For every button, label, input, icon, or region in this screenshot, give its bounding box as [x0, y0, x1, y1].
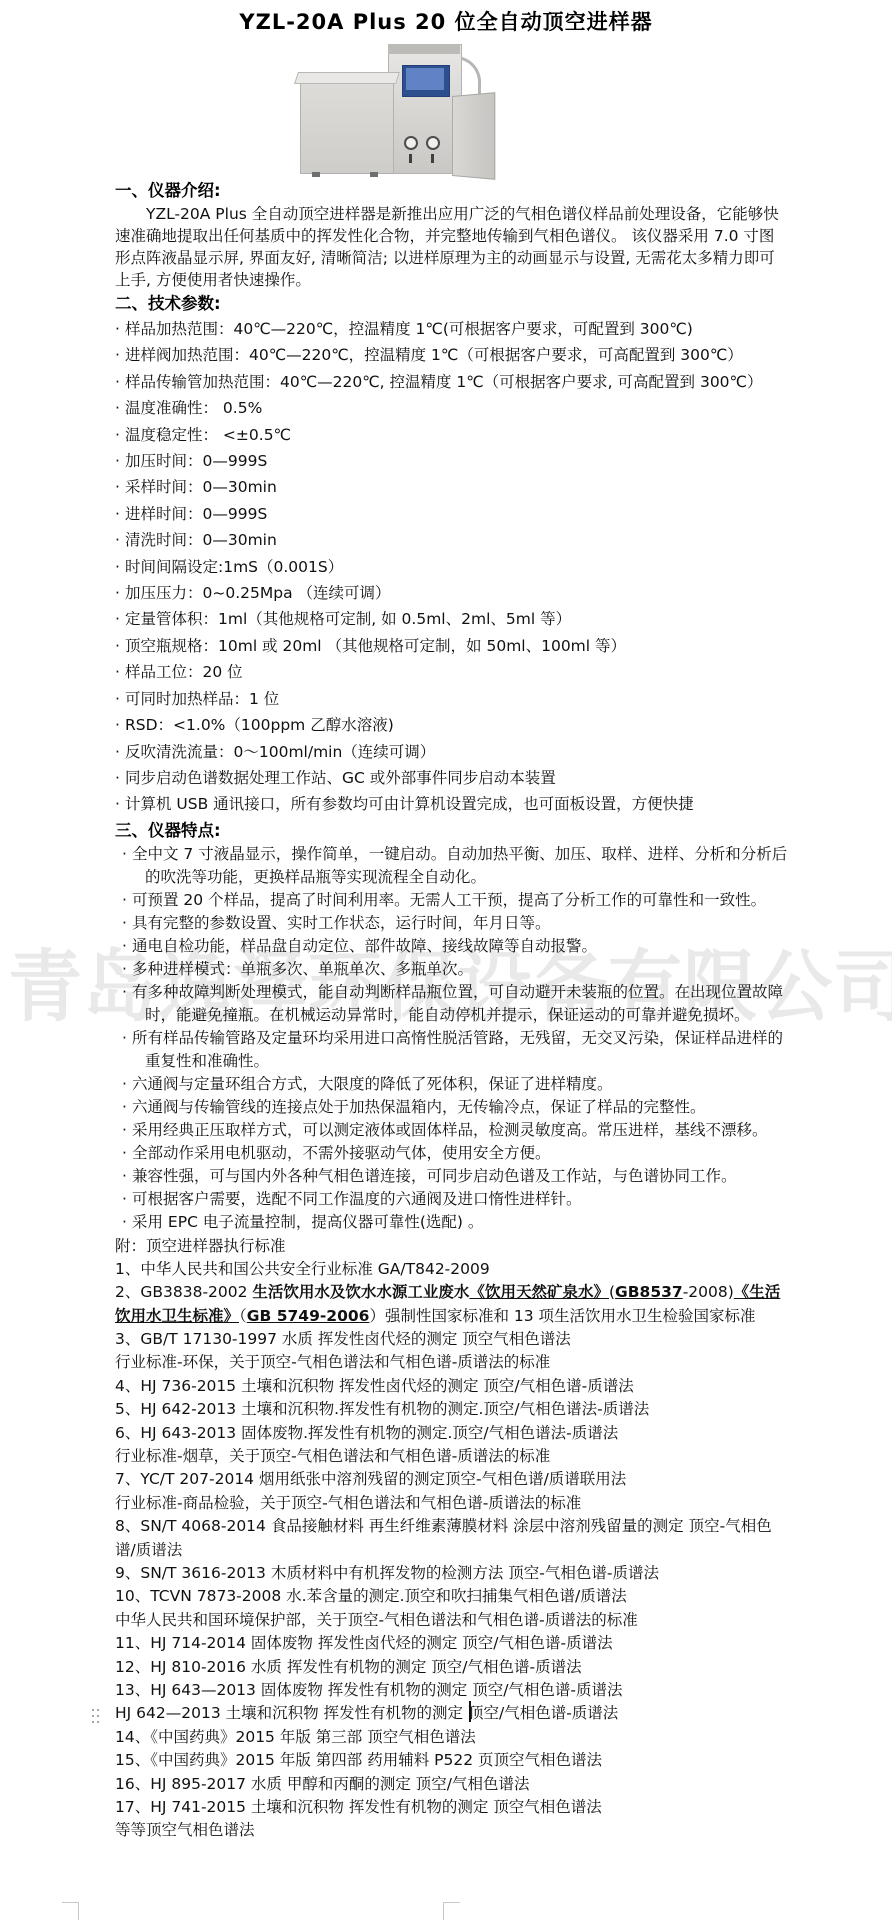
device-foot: [312, 172, 320, 177]
spec-item: ·清洗时间：0—30min: [115, 527, 789, 553]
standard-text-segment: 中华人民共和国环境保护部，关于顶空-气相色谱法和气相色谱-质谱法的标准: [115, 1611, 638, 1629]
standard-line: 等等顶空气相色谱法: [115, 1819, 789, 1842]
spec-item: ·样品加热范围：40℃—220℃，控温精度 1℃(可根据客户要求，可配置到 30…: [115, 316, 789, 342]
standard-text-segment: 《饮用天然矿泉水》: [469, 1283, 609, 1301]
standard-text-segment: -2008): [683, 1283, 734, 1301]
specs-list: ·样品加热范围：40℃—220℃，控温精度 1℃(可根据客户要求，可配置到 30…: [115, 316, 789, 818]
standard-text-segment: 行业标准-商品检验，关于顶空-气相色谱法和气相色谱-质谱法的标准: [115, 1494, 581, 1512]
bullet-marker: ·: [122, 1211, 132, 1234]
bullet-marker: ·: [115, 554, 125, 580]
standard-text-segment: 1、中华人民共和国公共安全行业标准 GA/T842-2009: [115, 1260, 490, 1278]
drag-handle-icon[interactable]: [92, 1709, 100, 1723]
device-cabinet-top: [294, 72, 400, 84]
standard-text-segment: 3、GB/T 17130-1997 水质 挥发性卤代烃的测定 顶空气相色谱法: [115, 1330, 571, 1348]
bullet-marker: ·: [122, 1096, 132, 1119]
standard-line: 行业标准-烟草，关于顶空-气相色谱法和气相色谱-质谱法的标准: [115, 1445, 789, 1468]
bullet-marker: ·: [115, 369, 125, 395]
spec-item: ·加压时间：0—999S: [115, 448, 789, 474]
bullet-marker: ·: [115, 474, 125, 500]
bullet-marker: ·: [122, 912, 132, 935]
spec-item: ·RSD：<1.0%（100ppm 乙醇水溶液): [115, 712, 789, 738]
bullet-marker: ·: [122, 889, 132, 912]
bullet-marker: ·: [122, 1027, 132, 1050]
standard-line: 2、GB3838-2002 生活饮用水及饮水水源工业废水《饮用天然矿泉水》(GB…: [115, 1281, 789, 1328]
bullet-marker: ·: [122, 958, 132, 981]
standard-text-segment: 17、HJ 741-2015 土壤和沉积物 挥发性有机物的测定 顶空气相色谱法: [115, 1798, 602, 1816]
standard-text-segment: 7、YC/T 207-2014 烟用纸张中溶剂残留的测定顶空-气相色谱/质谱联用…: [115, 1470, 626, 1488]
pressure-gauge-icon: [404, 136, 418, 150]
feature-item: ·六通阀与定量环组合方式，大限度的降低了死体积，保证了进样精度。: [115, 1073, 789, 1096]
standard-text-segment: （: [239, 1307, 247, 1325]
standard-text-segment: 13、HJ 643—2013 固体废物 挥发性有机物的测定 顶空/气相色谱-质谱…: [115, 1681, 623, 1699]
standards-list: 1、中华人民共和国公共安全行业标准 GA/T842-20092、GB3838-2…: [115, 1258, 789, 1843]
spec-item: ·进样阀加热范围：40℃—220℃，控温精度 1℃（可根据客户要求，可高配置到 …: [115, 342, 789, 368]
feature-item: ·全部动作采用电机驱动，不需外接驱动气体，使用安全方便。: [115, 1142, 789, 1165]
feature-item: ·具有完整的参数设置、实时工作状态，运行时间，年月日等。: [115, 912, 789, 935]
page-margin-corner-left: [62, 1902, 79, 1920]
spec-item: ·温度准确性： 0.5%: [115, 395, 789, 421]
bullet-marker: ·: [122, 843, 132, 866]
pressure-gauge-icon: [426, 136, 440, 150]
standard-line: 15、《中国药典》2015 年版 第四部 药用辅料 P522 页顶空气相色谱法: [115, 1749, 789, 1772]
standard-line: 7、YC/T 207-2014 烟用纸张中溶剂残留的测定顶空-气相色谱/质谱联用…: [115, 1468, 789, 1491]
bullet-marker: ·: [122, 1142, 132, 1165]
standard-line: 8、SN/T 4068-2014 食品接触材料 再生纤维素薄膜材料 涂层中溶剂残…: [115, 1515, 789, 1562]
standard-text-segment: 9、SN/T 3616-2013 木质材料中有机挥发物的检测方法 顶空-气相色谱…: [115, 1564, 659, 1582]
standard-line: 17、HJ 741-2015 土壤和沉积物 挥发性有机物的测定 顶空气相色谱法: [115, 1796, 789, 1819]
section-features-heading: 三、仪器特点:: [115, 818, 789, 843]
spec-item: ·进样时间：0—999S: [115, 501, 789, 527]
device-lcd-screen-inner: [406, 68, 444, 90]
bullet-marker: ·: [122, 1119, 132, 1142]
standard-line: 9、SN/T 3616-2013 木质材料中有机挥发物的检测方法 顶空-气相色谱…: [115, 1562, 789, 1585]
standard-text-segment: 等等顶空气相色谱法: [115, 1821, 255, 1839]
standard-text-segment: 16、HJ 895-2017 水质 甲醇和丙酮的测定 顶空/气相色谱法: [115, 1775, 530, 1793]
feature-item: ·采用 EPC 电子流量控制，提高仪器可靠性(选配) 。: [115, 1211, 789, 1234]
bullet-marker: ·: [115, 527, 125, 553]
device-tower: [388, 44, 462, 174]
bullet-marker: ·: [122, 935, 132, 958]
gauge-valve: [431, 154, 434, 163]
bullet-marker: ·: [115, 739, 125, 765]
device-foot: [370, 172, 378, 177]
standard-line: 12、HJ 810-2016 水质 挥发性有机物的测定 顶空/气相色谱-质谱法: [115, 1656, 789, 1679]
standard-line: 10、TCVN 7873-2008 水.苯含量的测定.顶空和吹扫捕集气相色谱/质…: [115, 1585, 789, 1608]
standard-line: HJ 642—2013 土壤和沉积物 挥发性有机物的测定 顶空/气相色谱-质谱法: [115, 1702, 789, 1725]
device-open-door: [452, 92, 495, 180]
feature-item: ·可预置 20 个样品，提高了时间利用率。无需人工干预，提高了分析工作的可靠性和…: [115, 889, 789, 912]
feature-item: ·所有样品传输管路及定量环均采用进口高惰性脱活管路，无残留，无交叉污染，保证样品…: [115, 1027, 789, 1073]
bullet-marker: ·: [115, 422, 125, 448]
spec-item: ·样品工位：20 位: [115, 659, 789, 685]
feature-item: ·多种进样模式：单瓶多次、单瓶单次、多瓶单次。: [115, 958, 789, 981]
standard-line: 6、HJ 643-2013 固体废物.挥发性有机物的测定.顶空/气相色谱法-质谱…: [115, 1422, 789, 1445]
standard-text-segment: 生活饮用水及饮水水源工业废水: [252, 1283, 469, 1301]
standard-text-segment: 2、GB3838-2002: [115, 1283, 252, 1301]
standard-text-segment: 12、HJ 810-2016 水质 挥发性有机物的测定 顶空/气相色谱-质谱法: [115, 1658, 582, 1676]
standard-text-segment: GB 5749-2006: [247, 1307, 370, 1325]
bullet-marker: ·: [115, 395, 125, 421]
spec-item: ·顶空瓶规格：10ml 或 20ml （其他规格可定制，如 50ml、100ml…: [115, 633, 789, 659]
bullet-marker: ·: [122, 981, 132, 1004]
standard-line: 行业标准-环保，关于顶空-气相色谱法和气相色谱-质谱法的标准: [115, 1351, 789, 1374]
bullet-marker: ·: [115, 501, 125, 527]
product-image: [300, 44, 496, 178]
spec-item: ·温度稳定性： <±0.5℃: [115, 422, 789, 448]
standard-line: 5、HJ 642-2013 土壤和沉积物.挥发性有机物的测定.顶空/气相色谱法-…: [115, 1398, 789, 1421]
bullet-marker: ·: [115, 686, 125, 712]
page-title: YZL-20A Plus 20 位全自动顶空进样器: [0, 6, 892, 36]
spec-item: ·采样时间：0—30min: [115, 474, 789, 500]
spec-item: ·样品传输管加热范围：40℃—220℃, 控温精度 1℃（可根据客户要求, 可高…: [115, 369, 789, 395]
bullet-marker: ·: [115, 606, 125, 632]
device-tower-top: [388, 44, 460, 54]
standard-line: 行业标准-商品检验，关于顶空-气相色谱法和气相色谱-质谱法的标准: [115, 1492, 789, 1515]
section-specs-heading: 二、技术参数:: [115, 291, 789, 316]
feature-item: ·通电自检功能，样品盘自动定位、部件故障、接线故障等自动报警。: [115, 935, 789, 958]
standard-line: 中华人民共和国环境保护部，关于顶空-气相色谱法和气相色谱-质谱法的标准: [115, 1609, 789, 1632]
features-list: ·全中文 7 寸液晶显示，操作简单，一键启动。自动加热平衡、加压、取样、进样、分…: [115, 843, 789, 1234]
spec-item: ·计算机 USB 通讯接口，所有参数均可由计算机设置完成，也可面板设置，方便快捷: [115, 791, 789, 817]
device-cabinet: [300, 80, 394, 174]
standard-text-segment: 10、TCVN 7873-2008 水.苯含量的测定.顶空和吹扫捕集气相色谱/质…: [115, 1587, 627, 1605]
standard-text-segment: ）强制性国家标准和 13 项生活饮用水卫生检验国家标准: [369, 1307, 755, 1325]
spec-item: ·同步启动色谱数据处理工作站、GC 或外部事件同步启动本装置: [115, 765, 789, 791]
bullet-marker: ·: [115, 712, 125, 738]
standard-line: 14、《中国药典》2015 年版 第三部 顶空气相色谱法: [115, 1726, 789, 1749]
document-body: 一、仪器介绍: YZL-20A Plus 全自动顶空进样器是新推出应用广泛的气相…: [115, 178, 789, 1843]
bullet-marker: ·: [115, 316, 125, 342]
standard-text-segment: 15、《中国药典》2015 年版 第四部 药用辅料 P522 页顶空气相色谱法: [115, 1751, 602, 1769]
feature-item: ·有多种故障判断处理模式，能自动判断样品瓶位置，可自动避开未装瓶的位置。在出现位…: [115, 981, 789, 1027]
bullet-marker: ·: [115, 765, 125, 791]
feature-item: ·兼容性强，可与国内外各种气相色谱连接，可同步启动色谱及工作站，与色谱协同工作。: [115, 1165, 789, 1188]
standard-text-segment: 11、HJ 714-2014 固体废物 挥发性卤代烃的测定 顶空/气相色谱-质谱…: [115, 1634, 613, 1652]
feature-item: ·可根据客户需要，选配不同工作温度的六通阀及进口惰性进样针。: [115, 1188, 789, 1211]
intro-paragraph: YZL-20A Plus 全自动顶空进样器是新推出应用广泛的气相色谱仪样品前处理…: [115, 203, 789, 291]
standard-line: 1、中华人民共和国公共安全行业标准 GA/T842-2009: [115, 1258, 789, 1281]
standard-line: 11、HJ 714-2014 固体废物 挥发性卤代烃的测定 顶空/气相色谱-质谱…: [115, 1632, 789, 1655]
text-cursor: [469, 1701, 471, 1722]
bullet-marker: ·: [115, 791, 125, 817]
feature-item: ·采用经典正压取样方式，可以测定液体或固体样品，检测灵敏度高。常压进样，基线不漂…: [115, 1119, 789, 1142]
standard-line: 4、HJ 736-2015 土壤和沉积物 挥发性卤代烃的测定 顶空/气相色谱-质…: [115, 1375, 789, 1398]
standard-text-segment: 5、HJ 642-2013 土壤和沉积物.挥发性有机物的测定.顶空/气相色谱法-…: [115, 1400, 649, 1418]
standard-text-segment: HJ 642—2013 土壤和沉积物 挥发性有机物的测定 顶空/气相色谱-质谱法: [115, 1704, 618, 1722]
spec-item: ·定量管体积：1ml（其他规格可定制, 如 0.5ml、2ml、5ml 等）: [115, 606, 789, 632]
bullet-marker: ·: [115, 580, 125, 606]
spec-item: ·反吹清洗流量：0～100ml/min（连续可调）: [115, 739, 789, 765]
standard-text-segment: 14、《中国药典》2015 年版 第三部 顶空气相色谱法: [115, 1728, 476, 1746]
bullet-marker: ·: [122, 1073, 132, 1096]
standard-text-segment: 8、SN/T 4068-2014 食品接触材料 再生纤维素薄膜材料 涂层中溶剂残…: [115, 1517, 772, 1558]
standard-line: 3、GB/T 17130-1997 水质 挥发性卤代烃的测定 顶空气相色谱法: [115, 1328, 789, 1351]
bullet-marker: ·: [115, 448, 125, 474]
standard-line: 13、HJ 643—2013 固体废物 挥发性有机物的测定 顶空/气相色谱-质谱…: [115, 1679, 789, 1702]
bullet-marker: ·: [115, 633, 125, 659]
spec-item: ·时间间隔设定:1mS（0.001S）: [115, 554, 789, 580]
standard-text-segment: 行业标准-环保，关于顶空-气相色谱法和气相色谱-质谱法的标准: [115, 1353, 550, 1371]
page-margin-corner-right: [443, 1902, 460, 1920]
standard-text-segment: GB8537: [615, 1283, 683, 1301]
section-intro-heading: 一、仪器介绍:: [115, 178, 789, 203]
standard-text-segment: 6、HJ 643-2013 固体废物.挥发性有机物的测定.顶空/气相色谱法-质谱…: [115, 1424, 618, 1442]
standard-line: 16、HJ 895-2017 水质 甲醇和丙酮的测定 顶空/气相色谱法: [115, 1773, 789, 1796]
standards-heading: 附：顶空进样器执行标准: [115, 1234, 789, 1258]
bullet-marker: ·: [122, 1165, 132, 1188]
spec-item: ·可同时加热样品：1 位: [115, 686, 789, 712]
bullet-marker: ·: [115, 342, 125, 368]
bullet-marker: ·: [122, 1188, 132, 1211]
spec-item: ·加压压力：0~0.25Mpa （连续可调）: [115, 580, 789, 606]
bullet-marker: ·: [115, 659, 125, 685]
feature-item: ·六通阀与传输管线的连接点处于加热保温箱内，无传输冷点，保证了样品的完整性。: [115, 1096, 789, 1119]
standard-text-segment: 行业标准-烟草，关于顶空-气相色谱法和气相色谱-质谱法的标准: [115, 1447, 550, 1465]
feature-item: ·全中文 7 寸液晶显示，操作简单，一键启动。自动加热平衡、加压、取样、进样、分…: [115, 843, 789, 889]
gauge-valve: [409, 154, 412, 163]
standard-text-segment: 4、HJ 736-2015 土壤和沉积物 挥发性卤代烃的测定 顶空/气相色谱-质…: [115, 1377, 634, 1395]
